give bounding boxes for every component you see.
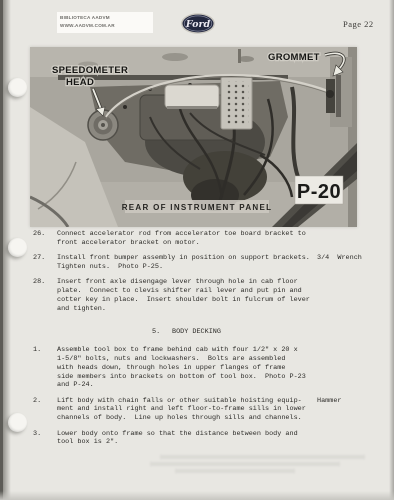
step-tool <box>315 346 387 390</box>
step-text: Lower body onto frame so that the distan… <box>57 430 315 448</box>
section-heading-body-decking: 5. BODY DECKING <box>33 328 387 337</box>
speedometer-head-label-line1: SPEEDOMETER <box>52 65 128 76</box>
step-text: Insert front axle disengage lever throug… <box>57 278 315 313</box>
library-watermark: BIBLIOTECA AADVM WWW.AADVM.COM.AR <box>57 12 153 33</box>
watermark-line2: WWW.AADVM.COM.AR <box>60 22 150 30</box>
instrument-panel-photo: SPEEDOMETER HEAD GROMMET REAR OF INSTRUM… <box>30 47 357 227</box>
binder-punch-hole <box>8 413 27 432</box>
relay-box <box>165 85 219 108</box>
step-tool <box>315 430 387 448</box>
body-decking-step-2: 2. Lift body with chain falls or other s… <box>33 397 387 423</box>
step-text: Assemble tool box to frame behind cab wi… <box>57 346 315 390</box>
step-text: Connect accelerator rod from accelerator… <box>57 230 315 248</box>
binder-punch-hole <box>8 238 27 257</box>
assembly-step-28: 28. Insert front axle disengage lever th… <box>33 278 387 313</box>
ford-logo: Ford <box>181 13 215 34</box>
bleed-through-smudge <box>175 469 295 473</box>
step-tool <box>315 278 387 313</box>
step-number: 28. <box>33 278 57 313</box>
scan-right-edge-shadow <box>389 0 394 500</box>
scan-bottom-edge-shadow <box>0 491 394 500</box>
instruction-text-block: 26. Connect accelerator rod from acceler… <box>33 230 387 454</box>
step-text: Install front bumper assembly in positio… <box>57 254 315 272</box>
page-number: Page 22 <box>343 19 374 29</box>
ford-logo-script: Ford <box>185 19 211 30</box>
step-text: Lift body with chain falls or other suit… <box>57 397 315 423</box>
body-decking-step-3: 3. Lower body onto frame so that the dis… <box>33 430 387 448</box>
step-tool <box>315 230 387 248</box>
step-number: 1. <box>33 346 57 390</box>
binder-punch-hole <box>8 78 27 97</box>
step-number: 3. <box>33 430 57 448</box>
section-number: 5. <box>152 328 172 337</box>
step-tool: Hammer <box>315 397 387 423</box>
figure-id-label: P-20 <box>297 181 341 203</box>
watermark-line1: BIBLIOTECA AADVM <box>60 14 150 22</box>
body-decking-step-1: 1. Assemble tool box to frame behind cab… <box>33 346 387 390</box>
scanned-manual-page: { "header": { "watermark_line1": "BIBLIO… <box>0 0 394 500</box>
grommet-label: GROMMET <box>268 52 320 63</box>
step-number: 27. <box>33 254 57 272</box>
scan-left-edge-line <box>0 0 3 500</box>
assembly-step-27: 27. Install front bumper assembly in pos… <box>33 254 387 272</box>
photo-caption: REAR OF INSTRUMENT PANEL <box>122 203 273 212</box>
step-tool: 3/4 Wrench <box>315 254 387 272</box>
section-title: BODY DECKING <box>172 328 221 337</box>
assembly-step-26: 26. Connect accelerator rod from acceler… <box>33 230 387 248</box>
bleed-through-smudge <box>160 455 365 459</box>
bleed-through-smudge <box>150 462 340 466</box>
step-number: 2. <box>33 397 57 423</box>
step-number: 26. <box>33 230 57 248</box>
speedometer-head-label-line2: HEAD <box>66 77 94 88</box>
